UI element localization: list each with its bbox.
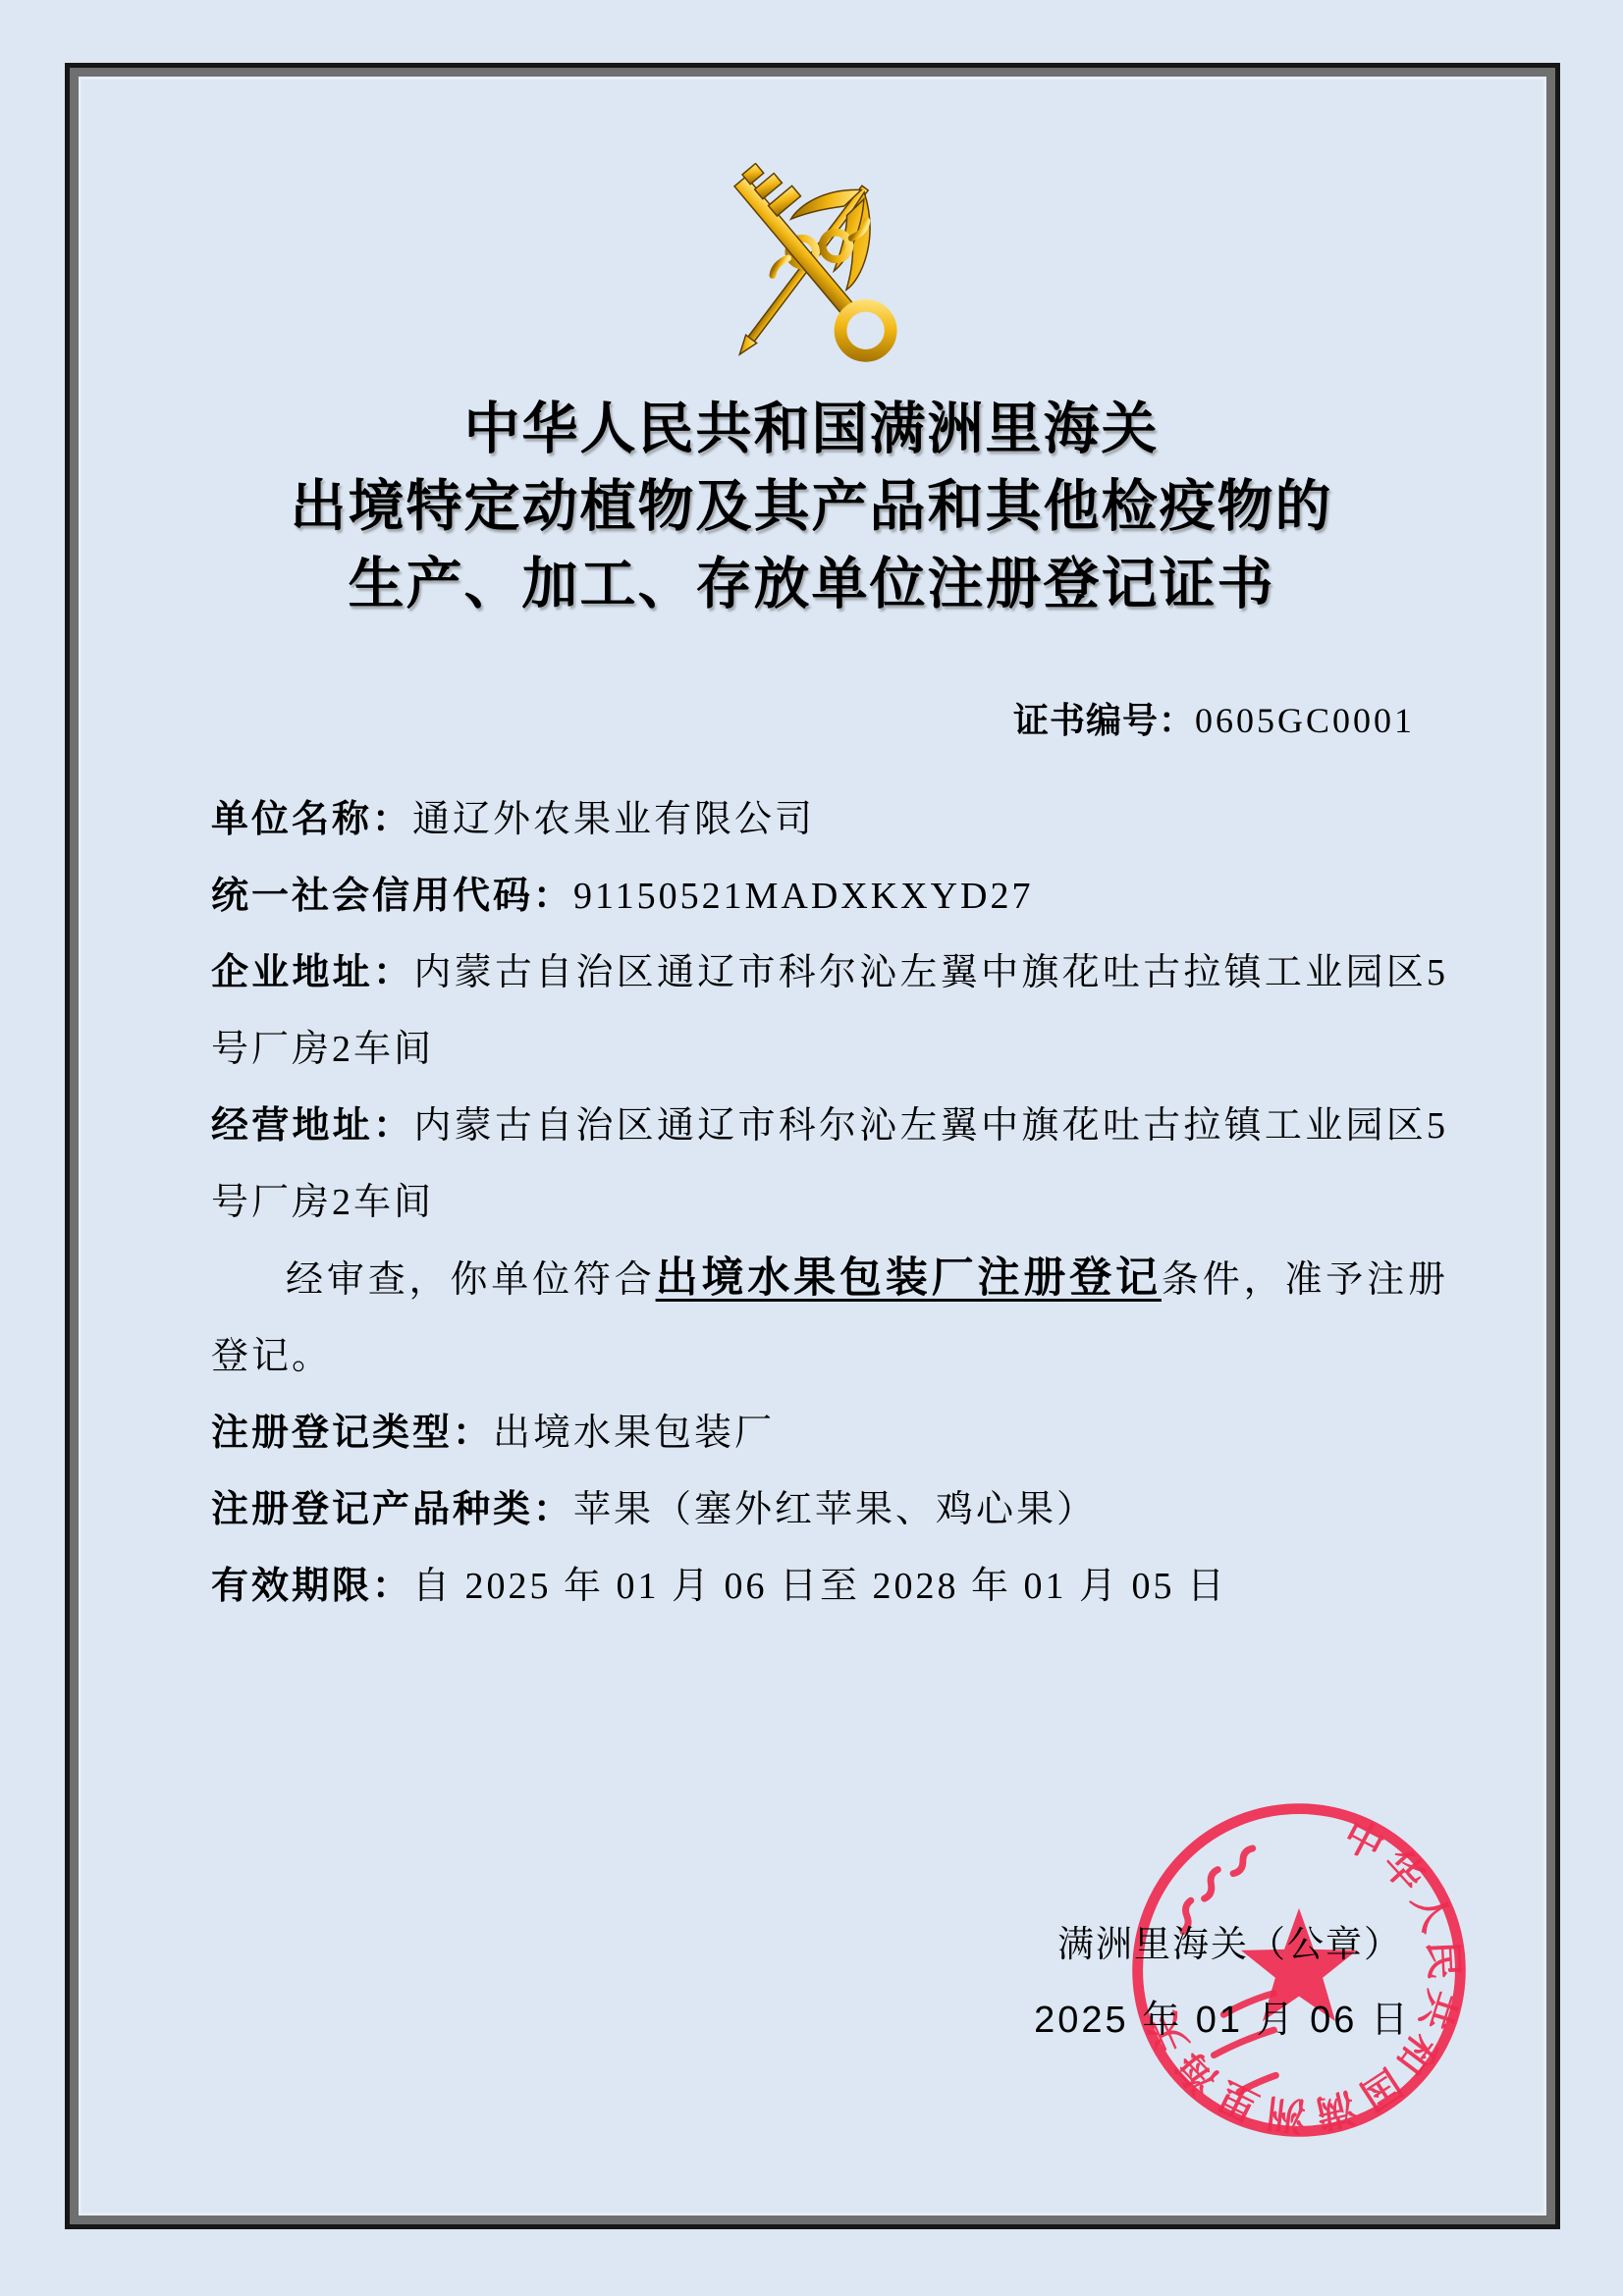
approval-prefix: 经审查，你单位符合 [286,1259,656,1301]
field-value: 苹果（塞外红苹果、鸡心果） [573,1489,1097,1530]
field-label: 企业地址： [211,952,413,993]
official-seal-stamp: 中华人民共和国满洲里海关 [1115,1787,1483,2154]
field-credit-code: 统一社会信用代码：91150521MADXKXYD27 [211,858,1448,934]
field-validity-period: 有效期限：自 2025 年 01 月 06 日至 2028 年 01 月 05 … [211,1548,1448,1625]
field-label: 注册登记产品种类： [211,1489,573,1530]
field-value: 出境水果包装厂 [493,1413,775,1454]
field-registration-type: 注册登记类型：出境水果包装厂 [211,1395,1448,1471]
certificate-page: 中华人民共和国满洲里海关 出境特定动植物及其产品和其他检疫物的 生产、加工、存放… [0,0,1623,2296]
field-value: 91150521MADXKXYD27 [573,876,1033,917]
field-value: 通辽外农果业有限公司 [412,799,815,840]
field-label: 注册登记类型： [211,1413,493,1454]
certificate-number-value: 0605GC0001 [1195,701,1415,740]
field-label: 单位名称： [211,799,412,840]
customs-emblem-icon [708,163,916,385]
title-line-2: 出境特定动植物及其产品和其他检疫物的 [0,468,1623,546]
certificate-number-line: 证书编号：0605GC0001 [1013,693,1415,743]
field-label: 统一社会信用代码： [211,876,573,917]
field-value: 自 2025 年 01 月 06 日至 2028 年 01 月 05 日 [412,1566,1227,1607]
field-label: 经营地址： [211,1105,413,1147]
field-label: 有效期限： [211,1566,412,1607]
approval-registration-type-underlined: 出境水果包装厂注册登记 [656,1255,1162,1302]
certificate-body: 单位名称：通辽外农果业有限公司 统一社会信用代码：91150521MADXKXY… [211,781,1448,1625]
approval-paragraph: 经审查，你单位符合出境水果包装厂注册登记条件，准予注册登记。 [211,1241,1448,1395]
seal-authority-line: 满洲里海关（公章） [1057,1914,1402,1967]
certificate-title: 中华人民共和国满洲里海关 出境特定动植物及其产品和其他检疫物的 生产、加工、存放… [0,391,1623,623]
title-issuer-line: 中华人民共和国满洲里海关 [0,391,1623,468]
title-line-3: 生产、加工、存放单位注册登记证书 [0,546,1623,623]
issue-date-line: 2025 年 01 月 06 日 [1034,1989,1411,2043]
field-enterprise-address: 企业地址：内蒙古自治区通辽市科尔沁左翼中旗花吐古拉镇工业园区5号厂房2车间 [211,934,1448,1088]
certificate-number-label: 证书编号： [1013,700,1195,740]
field-company-name: 单位名称：通辽外农果业有限公司 [211,781,1448,858]
field-product-categories: 注册登记产品种类：苹果（塞外红苹果、鸡心果） [211,1471,1448,1548]
field-business-address: 经营地址：内蒙古自治区通辽市科尔沁左翼中旗花吐古拉镇工业园区5号厂房2车间 [211,1088,1448,1241]
